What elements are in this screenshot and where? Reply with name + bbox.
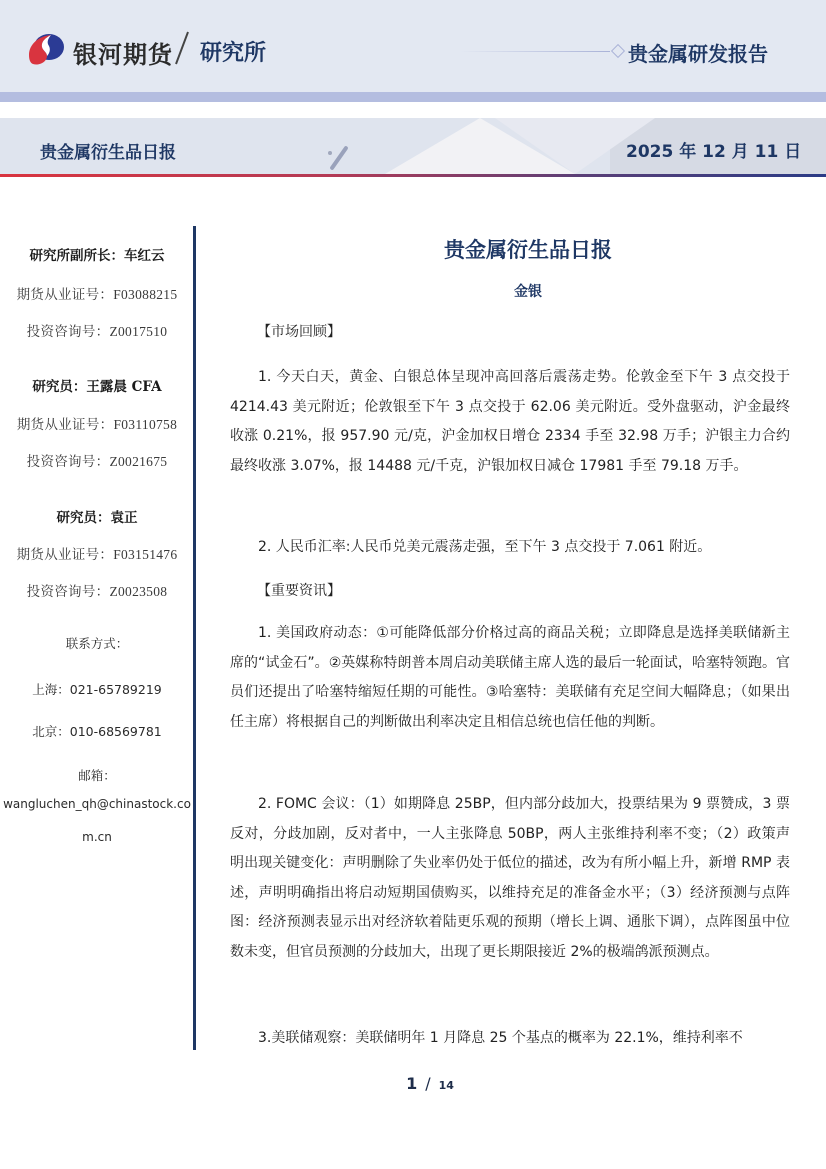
contact-shanghai: 上海：021-65789219 — [0, 680, 194, 698]
slash-divider-icon — [174, 30, 190, 66]
report-category: 贵金属研发报告 — [628, 38, 768, 67]
pen-decor-icon — [329, 145, 348, 170]
paragraph: 1. 美国政府动态：①可能降低部分价格过高的商品关税；立即降息是选择美联储新主席… — [230, 619, 790, 737]
advisory-license: 投资咨询号：Z0021675 — [0, 450, 194, 470]
galaxy-futures-logo-icon — [25, 30, 65, 68]
brand-name: 银河期货 — [73, 35, 173, 70]
page-current: 1 — [406, 1074, 417, 1093]
email-address-line2[interactable]: m.cn — [0, 830, 194, 844]
author-name: 研究员：袁正 — [0, 506, 194, 526]
header-decor-line — [460, 51, 610, 52]
email-address-line1[interactable]: wangluchen_qh@chinastock.co — [0, 797, 194, 811]
futures-license: 期货从业证号：F03110758 — [0, 413, 194, 433]
advisory-license: 投资咨询号：Z0023508 — [0, 580, 194, 600]
section-heading-market-review: 【市场回顾】 — [257, 321, 341, 341]
document-title: 贵金属衍生品日报 — [230, 234, 826, 264]
paragraph: 2. FOMC 会议：（1）如期降息 25BP，但内部分歧加大，投票结果为 9 … — [230, 790, 790, 967]
contact-label: 联系方式： — [0, 634, 194, 652]
banner-dot-icon — [328, 151, 332, 155]
page-total: 14 — [439, 1079, 454, 1092]
page-indicator: 1/14 — [230, 1074, 630, 1093]
page-separator: / — [425, 1074, 430, 1093]
advisory-license: 投资咨询号：Z0017510 — [0, 320, 194, 340]
banner-title: 贵金属衍生品日报 — [40, 138, 176, 163]
paragraph: 1. 今天白天，黄金、白银总体呈现冲高回落后震荡走势。伦敦金至下午 3 点交投于… — [230, 363, 790, 481]
author-name: 研究所副所长：车红云 — [0, 244, 194, 264]
banner-decor-shape — [385, 118, 575, 174]
report-date: 2025 年 12 月 11 日 — [626, 137, 801, 162]
section-heading-key-news: 【重要资讯】 — [257, 580, 341, 600]
header-stripe — [0, 92, 826, 102]
paragraph: 2. 人民币汇率:人民币兑美元震荡走强，至下午 3 点交投于 7.061 附近。 — [230, 533, 790, 563]
email-label: 邮箱： — [0, 766, 194, 784]
banner-gradient-rule — [0, 174, 826, 177]
paragraph: 3.美联储观察：美联储明年 1 月降息 25 个基点的概率为 22.1%，维持利… — [230, 1024, 790, 1054]
futures-license: 期货从业证号：F03151476 — [0, 543, 194, 563]
futures-license: 期货从业证号：F03088215 — [0, 283, 194, 303]
brand-department: 研究所 — [200, 36, 266, 67]
sidebar-divider — [193, 226, 196, 1050]
contact-beijing: 北京：010-68569781 — [0, 722, 194, 740]
document-subtitle: 金银 — [230, 281, 826, 301]
author-name: 研究员：王露晨 CFA — [0, 375, 194, 395]
